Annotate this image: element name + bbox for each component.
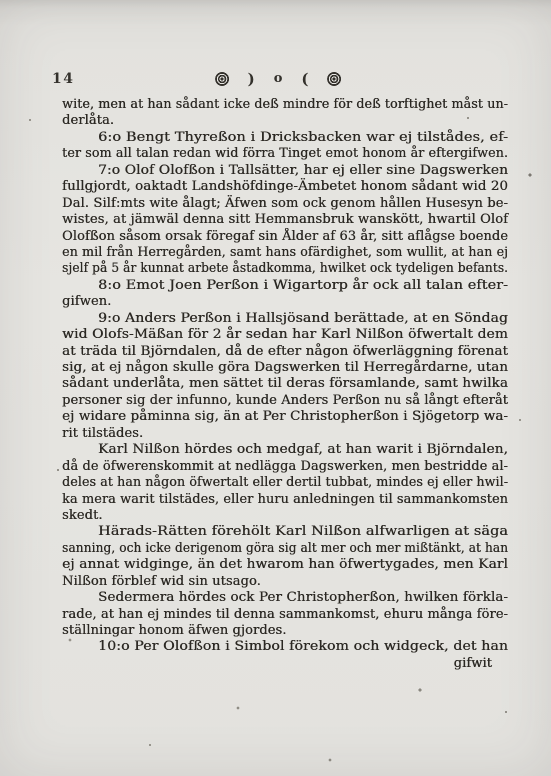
text-line: deles at han någon öfwertalt eller derti… bbox=[62, 475, 508, 491]
text-line: Olofßon såsom orsak föregaf sin Ålder af… bbox=[62, 229, 508, 245]
text-line: gifwen. bbox=[62, 294, 508, 310]
page-header: 14 ) o ( bbox=[0, 68, 551, 90]
body-text: wite, men at han sådant icke deß mindre … bbox=[62, 97, 508, 672]
text-line: 7:o Olof Olofßon i Tallsätter, har ej el… bbox=[62, 163, 508, 179]
text-line: ej annat widginge, än det hwarom han öfw… bbox=[62, 557, 508, 573]
rosette-icon bbox=[327, 72, 341, 86]
text-line: Sedermera hördes ock Per Christopherßon,… bbox=[62, 590, 508, 606]
text-line: fullgjordt, oaktadt Landshöfdinge-Ämbete… bbox=[62, 179, 508, 195]
header-ornament-row: ) o ( bbox=[215, 68, 342, 90]
text-line: sådant underlåta, men sättet til deras f… bbox=[62, 376, 508, 392]
rosette-icon bbox=[215, 72, 229, 86]
text-line: wid Olofs-Mäßan för 2 år sedan har Karl … bbox=[62, 327, 508, 343]
text-line: Dal. Silf:mts wite ålagt; Äfwen som ock … bbox=[62, 196, 508, 212]
text-line: personer sig der infunno, kunde Anders P… bbox=[62, 393, 508, 409]
text-line: ställningar honom äfwen gjordes. bbox=[62, 623, 508, 639]
text-line: 6:o Bengt Thyreßon i Dricksbacken war ej… bbox=[62, 130, 508, 146]
text-line: sanning, och icke derigenom göra sig alt… bbox=[62, 541, 508, 557]
text-line: ej widare påminna sig, än at Per Christo… bbox=[62, 409, 508, 425]
text-line: at träda til Björndalen, då de efter någ… bbox=[62, 344, 508, 360]
text-line: då de öfwerenskommit at nedlägga Dagswer… bbox=[62, 459, 508, 475]
separator-o-glyph: o bbox=[274, 68, 283, 90]
text-line: rit tilstädes. bbox=[62, 426, 508, 442]
scanned-page: 14 ) o ( wite, men at han sådant icke de… bbox=[0, 0, 551, 776]
separator-open-paren: ) bbox=[248, 68, 255, 90]
text-line: Härads-Rätten förehölt Karl Nilßon alfwa… bbox=[62, 524, 508, 540]
text-line: rade, at han ej mindes til denna sammank… bbox=[62, 607, 508, 623]
text-line: derlåta. bbox=[62, 113, 508, 129]
text-line: sig, at ej någon skulle göra Dagswerken … bbox=[62, 360, 508, 376]
text-line: 9:o Anders Perßon i Hallsjösand berättad… bbox=[62, 311, 508, 327]
text-line: en mil från Herregården, samt hans ofärd… bbox=[62, 245, 508, 261]
text-line: skedt. bbox=[62, 508, 508, 524]
text-line: 10:o Per Olofßon i Simbol förekom och wi… bbox=[62, 639, 508, 655]
catchword-line: gifwit bbox=[62, 656, 508, 672]
text-line: sjelf på 5 år kunnat arbete åstadkomma, … bbox=[62, 261, 508, 277]
text-line: ter som all talan redan wid förra Tinget… bbox=[62, 146, 508, 162]
text-line: ka mera warit tilstädes, eller huru anle… bbox=[62, 492, 508, 508]
separator-close-paren: ( bbox=[301, 68, 308, 90]
text-line: wite, men at han sådant icke deß mindre … bbox=[62, 97, 508, 113]
text-line: Karl Nilßon hördes och medgaf, at han wa… bbox=[62, 442, 508, 458]
text-line: Nilßon förblef wid sin utsago. bbox=[62, 574, 508, 590]
page-number: 14 bbox=[52, 71, 74, 87]
text-line: 8:o Emot Joen Perßon i Wigartorp år ock … bbox=[62, 278, 508, 294]
catchword: gifwit bbox=[454, 656, 492, 672]
text-line: wistes, at jämwäl denna sitt Hemmansbruk… bbox=[62, 212, 508, 228]
